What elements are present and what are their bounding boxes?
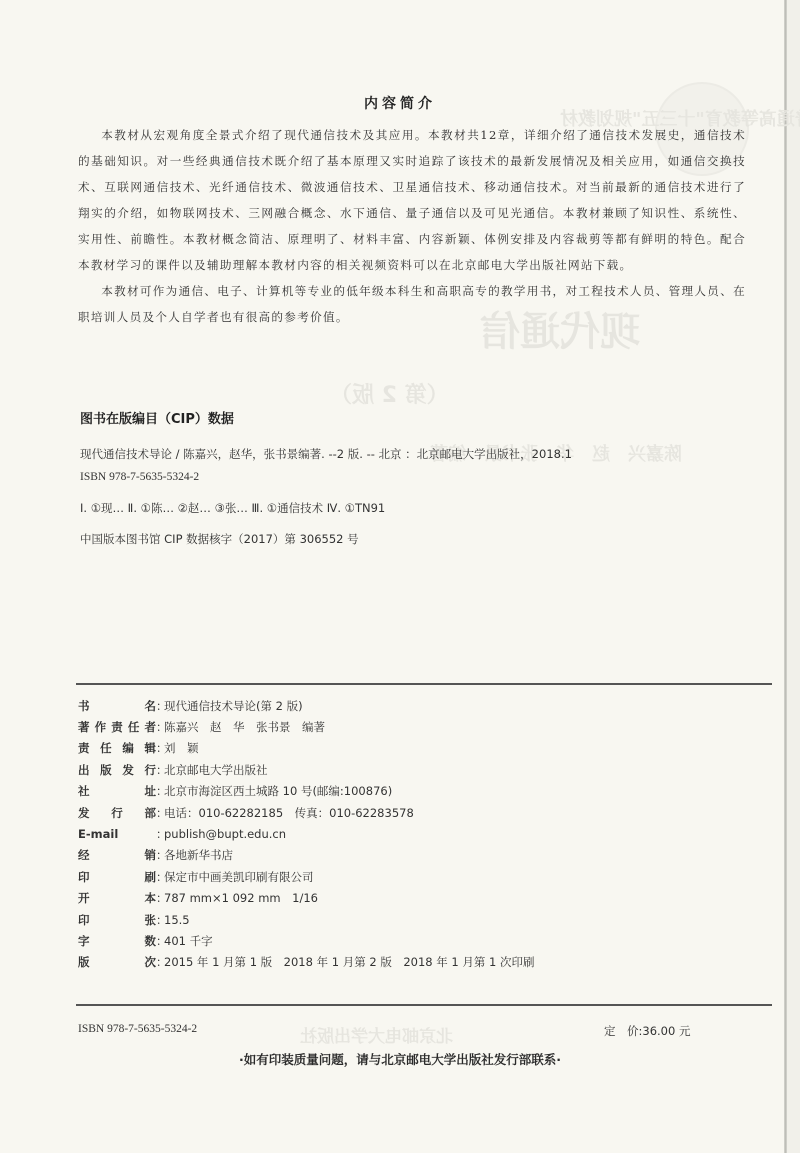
detail-label-char: 编 (122, 740, 134, 756)
detail-separator: ： (156, 826, 164, 842)
detail-separator: ： (156, 698, 164, 714)
detail-label-char: 本 (145, 890, 157, 906)
detail-label: 版次 (78, 954, 156, 970)
detail-label-char: 销 (145, 847, 157, 863)
detail-label: 著作责任者 (78, 719, 156, 735)
detail-label: 社址 (78, 783, 156, 799)
detail-label-char: 次 (145, 954, 157, 970)
detail-label-char: 刷 (145, 869, 157, 885)
detail-label-char: 行 (144, 762, 156, 778)
detail-label: 责任编辑 (78, 740, 156, 756)
detail-label-char: 出 (78, 762, 90, 778)
cip-heading: 图书在版编目（CIP）数据 (80, 408, 234, 427)
detail-value: 各地新华书店 (164, 847, 233, 863)
detail-label-char: 经 (78, 847, 90, 863)
summary-body: 本教材从宏观角度全景式介绍了现代通信技术及其应用。本教材共12章，详细介绍了通信… (78, 122, 746, 330)
price-label: 定 价 (604, 1024, 639, 1038)
detail-label-char: 任 (100, 740, 112, 756)
detail-label-char: 任 (128, 719, 140, 735)
detail-label: E-mail (78, 827, 156, 841)
detail-row: 字数：401 千字 (78, 930, 535, 951)
detail-row: 开本：787 mm×1 092 mm 1/16 (78, 888, 535, 909)
detail-row: 印刷：保定市中画美凯印刷有限公司 (78, 866, 535, 887)
detail-label-char: 作 (95, 719, 107, 735)
detail-value: 现代通信技术导论(第 2 版) (164, 698, 303, 714)
detail-label-char: 辑 (144, 740, 156, 756)
detail-separator: ： (156, 890, 164, 906)
detail-value: 刘 颖 (164, 740, 199, 756)
summary-paragraph: 本教材从宏观角度全景式介绍了现代通信技术及其应用。本教材共12章，详细介绍了通信… (78, 122, 746, 278)
detail-label-char: 张 (145, 912, 157, 928)
detail-label-char: 发 (78, 805, 90, 821)
detail-label-char: 数 (145, 933, 157, 949)
detail-value: 401 千字 (164, 933, 213, 949)
detail-value: 787 mm×1 092 mm 1/16 (164, 890, 318, 906)
detail-value: 电话：010-62282185 传真：010-62283578 (164, 805, 414, 821)
detail-label: 出版发行 (78, 762, 156, 778)
detail-row: 著作责任者：陈嘉兴 赵 华 张书景 编著 (78, 716, 535, 737)
detail-separator: ： (156, 912, 164, 928)
detail-label-char: 责 (111, 719, 123, 735)
cip-bibliographic-line: 现代通信技术导论 / 陈嘉兴，赵华，张书景编著. --2 版. -- 北京 ：北… (80, 446, 572, 462)
detail-value: publish@bupt.edu.cn (164, 827, 286, 841)
detail-label: 经销 (78, 847, 156, 863)
detail-row: 书名：现代通信技术导论(第 2 版) (78, 695, 535, 716)
detail-label-char: 部 (145, 805, 157, 821)
detail-label-char: 版 (78, 954, 90, 970)
detail-label-char: 开 (78, 890, 90, 906)
page-fold-edge (784, 0, 787, 1153)
detail-label-char: 印 (78, 869, 90, 885)
detail-row: 版次：2015 年 1 月第 1 版 2018 年 1 月第 2 版 2018 … (78, 952, 535, 973)
divider-bottom (76, 1004, 772, 1006)
detail-label-char: 行 (111, 805, 123, 821)
cip-record-number: 中国版本图书馆 CIP 数据核字（2017）第 306552 号 (80, 531, 359, 547)
detail-label-char: 责 (78, 740, 90, 756)
summary-title: 内容简介 (0, 93, 800, 113)
adjacent-page (787, 0, 800, 1153)
ghost-publisher-text: 北京邮电大学出版社 (300, 1022, 453, 1047)
detail-separator: ： (156, 805, 164, 821)
detail-separator: ： (156, 954, 164, 970)
detail-row: 印张：15.5 (78, 909, 535, 930)
detail-label-char: 印 (78, 912, 90, 928)
summary-paragraph: 本教材可作为通信、电子、计算机等专业的低年级本科生和高职高专的教学用书，对工程技… (78, 278, 746, 330)
detail-label-char: 者 (145, 719, 157, 735)
price-value: 36.00 元 (642, 1024, 690, 1038)
detail-row: 责任编辑：刘 颖 (78, 738, 535, 759)
detail-label-char: 版 (100, 762, 112, 778)
detail-label: 书名 (78, 698, 156, 714)
price: 定 价:36.00 元 (604, 1023, 690, 1039)
detail-label-char: E-mail (78, 827, 118, 841)
detail-label: 开本 (78, 890, 156, 906)
detail-separator: ： (156, 783, 164, 799)
detail-value: 15.5 (164, 913, 190, 927)
detail-label: 发行部 (78, 805, 156, 821)
detail-label: 印刷 (78, 869, 156, 885)
detail-row: 发行部：电话：010-62282185 传真：010-62283578 (78, 802, 535, 823)
detail-label: 字数 (78, 933, 156, 949)
detail-row: E-mail：publish@bupt.edu.cn (78, 823, 535, 844)
cip-isbn: ISBN 978-7-5635-5324-2 (80, 471, 199, 483)
detail-label-char: 书 (78, 698, 90, 714)
detail-value: 保定市中画美凯印刷有限公司 (164, 869, 314, 885)
detail-separator: ： (156, 869, 164, 885)
detail-row: 出版发行：北京邮电大学出版社 (78, 759, 535, 780)
detail-value: 北京市海淀区西土城路 10 号(邮编:100876) (164, 783, 392, 799)
detail-label-char: 社 (78, 783, 90, 799)
detail-label-char: 名 (145, 698, 157, 714)
detail-label-char: 著 (78, 719, 90, 735)
detail-separator: ： (156, 847, 164, 863)
publication-details: 书名：现代通信技术导论(第 2 版)著作责任者：陈嘉兴 赵 华 张书景 编著责任… (78, 695, 535, 973)
quality-notice: ·如有印装质量问题，请与北京邮电大学出版社发行部联系· (0, 1050, 800, 1068)
detail-label-char: 发 (122, 762, 134, 778)
detail-separator: ： (156, 719, 164, 735)
detail-label-char: 字 (78, 933, 90, 949)
ghost-edition-text: （第 2 版） (330, 378, 449, 409)
detail-separator: ： (156, 933, 164, 949)
detail-value: 陈嘉兴 赵 华 张书景 编著 (164, 719, 325, 735)
detail-label: 印张 (78, 912, 156, 928)
detail-separator: ： (156, 762, 164, 778)
divider-top (76, 683, 772, 685)
detail-separator: ： (156, 740, 164, 756)
detail-value: 北京邮电大学出版社 (164, 762, 268, 778)
detail-value: 2015 年 1 月第 1 版 2018 年 1 月第 2 版 2018 年 1… (164, 954, 535, 970)
footer-isbn: ISBN 978-7-5635-5324-2 (78, 1023, 197, 1035)
detail-row: 社址：北京市海淀区西土城路 10 号(邮编:100876) (78, 781, 535, 802)
cip-classification: Ⅰ. ①现… Ⅱ. ①陈… ②赵… ③张… Ⅲ. ①通信技术 Ⅳ. ①TN91 (80, 500, 385, 516)
detail-label-char: 址 (145, 783, 157, 799)
detail-row: 经销：各地新华书店 (78, 845, 535, 866)
